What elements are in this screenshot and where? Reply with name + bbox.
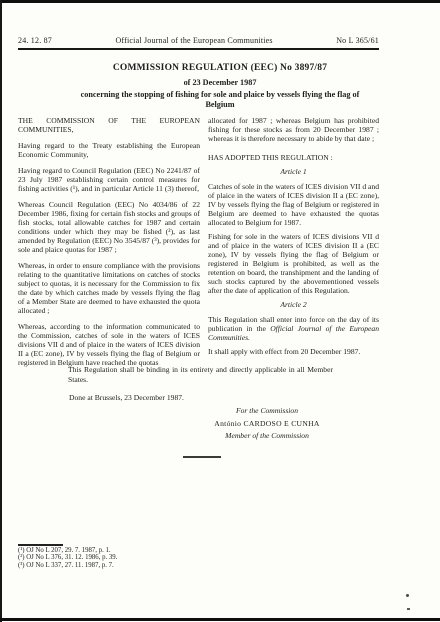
signature-on-behalf: For the Commission — [178, 405, 356, 418]
scan-speck — [406, 594, 409, 597]
recital-catches: Whereas, according to the information co… — [18, 322, 200, 367]
recital-compliance: Whereas, in order to ensure compliance w… — [18, 261, 200, 315]
header-rule — [18, 48, 379, 50]
article-2-paragraph-1: This Regulation shall enter into force o… — [208, 315, 379, 342]
footnote-3: (³) OJ No L 337, 27. 11. 1987, p. 7. — [18, 562, 117, 569]
article-2-heading: Article 2 — [208, 300, 379, 309]
scan-edge-bottom — [0, 618, 440, 621]
citation-regulation-2241-87: Having regard to Council Regulation (EEC… — [18, 166, 200, 193]
scan-edge-top — [0, 0, 440, 3]
adoption-formula: HAS ADOPTED THIS REGULATION : — [208, 153, 379, 162]
done-at-line: Done at Brussels, 23 December 1987. — [69, 393, 184, 402]
article-1-paragraph-1: Catches of sole in the waters of ICES di… — [208, 182, 379, 227]
left-column: THE COMMISSION OF THE EUROPEAN COMMUNITI… — [18, 116, 200, 374]
regulation-date-line: of 23 December 1987 — [75, 78, 365, 87]
recital-continuation: allocated for 1987 ; whereas Belgium has… — [208, 116, 379, 143]
scan-edge-left — [0, 0, 2, 622]
header-date: 24. 12. 87 — [18, 36, 52, 45]
issue-number: No L 365/61 — [336, 36, 379, 45]
citation-treaty: Having regard to the Treaty establishing… — [18, 141, 200, 159]
right-column: allocated for 1987 ; whereas Belgium has… — [208, 116, 379, 374]
signature-block: For the Commission António CARDOSO E CUN… — [178, 405, 356, 443]
footnote-rule — [18, 544, 63, 546]
article-2-paragraph-2: It shall apply with effect from 20 Decem… — [208, 347, 379, 356]
journal-page: 24. 12. 87 Official Journal of the Europ… — [0, 0, 440, 622]
article-1-heading: Article 1 — [208, 167, 379, 176]
scan-speck — [407, 608, 410, 610]
journal-title: Official Journal of the European Communi… — [115, 36, 272, 45]
signature-divider-rule — [183, 456, 221, 458]
footnotes: (¹) OJ No L 207, 29. 7. 1987, p. 1. (²) … — [18, 547, 117, 569]
article-1-paragraph-2: Fishing for sole in the waters of ICES d… — [208, 232, 379, 295]
binding-clause: This Regulation shall be binding in its … — [68, 365, 333, 384]
footnote-2: (²) OJ No L 376, 31. 12. 1986, p. 39. — [18, 554, 117, 561]
page-header: 24. 12. 87 Official Journal of the Europ… — [18, 36, 379, 45]
regulation-subject: concerning the stopping of fishing for s… — [75, 90, 365, 109]
footnote-1: (¹) OJ No L 207, 29. 7. 1987, p. 1. — [18, 547, 117, 554]
signature-name: António CARDOSO E CUNHA — [178, 418, 356, 431]
preamble-opening: THE COMMISSION OF THE EUROPEAN COMMUNITI… — [18, 116, 200, 134]
regulation-number-title: COMMISSION REGULATION (EEC) No 3897/87 — [75, 63, 365, 73]
regulation-title-block: COMMISSION REGULATION (EEC) No 3897/87 o… — [75, 63, 365, 109]
recital-quotas: Whereas Council Regulation (EEC) No 4034… — [18, 200, 200, 254]
body-columns: THE COMMISSION OF THE EUROPEAN COMMUNITI… — [18, 116, 379, 374]
signature-role: Member of the Commission — [178, 430, 356, 443]
